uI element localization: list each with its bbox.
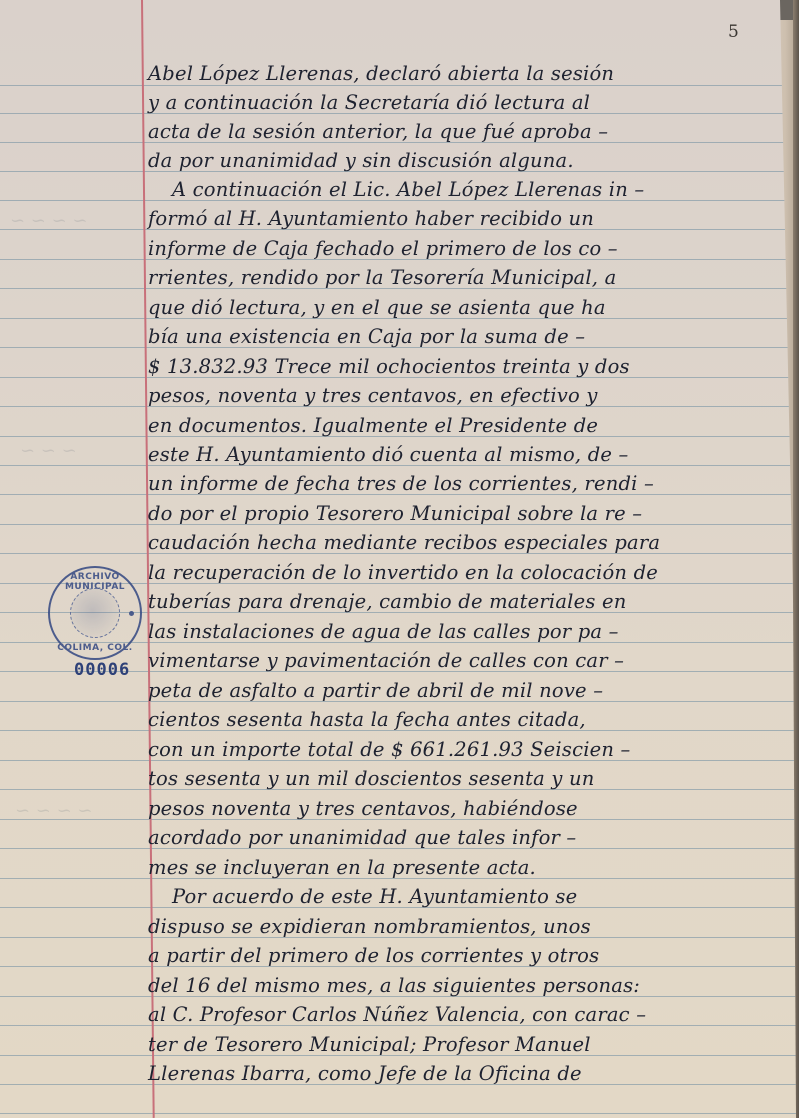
bleed-through-text: ~ ~ ~ ~ — [15, 800, 93, 821]
text-line: informe de Caja fechado el primero de lo… — [148, 239, 618, 259]
text-line: mes se incluyeran en la presente acta. — [148, 858, 536, 878]
amount-line: con un importe total de $ 661.261.93 Sei… — [148, 740, 630, 760]
text-line: al C. Profesor Carlos Núñez Valencia, co… — [148, 1005, 646, 1025]
text-line: da por unanimidad y sin discusión alguna… — [148, 151, 574, 171]
text-line: peta de asfalto a partir de abril de mil… — [148, 681, 603, 701]
text-line: tuberías para drenaje, cambio de materia… — [148, 592, 626, 612]
text-line: Llerenas Ibarra, como Jefe de la Oficina… — [148, 1064, 582, 1084]
text-line: las instalaciones de agua de las calles … — [148, 622, 619, 642]
text-line: del 16 del mismo mes, a las siguientes p… — [148, 976, 640, 996]
text-line: ter de Tesorero Municipal; Profesor Manu… — [148, 1035, 591, 1055]
text-line: y a continuación la Secretaría dió lectu… — [148, 93, 590, 113]
ruled-line — [0, 1113, 797, 1114]
text-line: acta de la sesión anterior, la que fué a… — [148, 122, 608, 142]
stamp-bottom-text: COLIMA, COL. — [50, 643, 140, 653]
page-number: 5 — [728, 22, 739, 42]
text-line: caudación hecha mediante recibos especia… — [148, 533, 660, 553]
text-line: en documentos. Igualmente el Presidente … — [148, 416, 598, 436]
text-line: tos sesenta y un mil doscientos sesenta … — [148, 769, 595, 789]
paragraph-start-line: Por acuerdo de este H. Ayuntamiento se — [172, 887, 577, 907]
text-line: que dió lectura, y en el que se asienta … — [148, 298, 606, 318]
text-line: a partir del primero de los corrientes y… — [148, 946, 599, 966]
text-line: este H. Ayuntamiento dió cuenta al mismo… — [148, 445, 629, 465]
ledger-page: ~ ~ ~ ~ ~ ~ ~ ~ ~ ~ ~ 5 Abel López Llere… — [0, 0, 797, 1118]
text-line: formó al H. Ayuntamiento haber recibido … — [148, 209, 594, 229]
text-line: do por el propio Tesorero Municipal sobr… — [148, 504, 642, 524]
archive-stamp: ARCHIVO MUNICIPAL COLIMA, COL. — [48, 566, 142, 660]
text-line: pesos, noventa y tres centavos, en efect… — [148, 386, 598, 406]
text-line: bía una existencia en Caja por la suma d… — [148, 327, 585, 347]
text-line: vimentarse y pavimentación de calles con… — [148, 651, 624, 671]
amount-line: $ 13.832.93 Trece mil ochocientos treint… — [148, 357, 630, 377]
stamp-folio-number: 00006 — [74, 660, 130, 680]
text-line: la recuperación de lo invertido en la co… — [148, 563, 658, 583]
bleed-through-text: ~ ~ ~ — [20, 440, 77, 461]
text-line: rrientes, rendido por la Tesorería Munic… — [148, 268, 616, 288]
text-line: Abel López Llerenas, declaró abierta la … — [148, 64, 614, 84]
text-line: un informe de fecha tres de los corrient… — [148, 474, 654, 494]
stamp-dot-icon — [129, 611, 134, 616]
text-line: cientos sesenta hasta la fecha antes cit… — [148, 710, 586, 730]
ruled-line — [0, 85, 797, 86]
stamp-seal-icon — [70, 588, 120, 638]
text-line: acordado por unanimidad que tales infor … — [148, 828, 576, 848]
text-line: pesos noventa y tres centavos, habiéndos… — [148, 799, 578, 819]
paragraph-start-line: A continuación el Lic. Abel López Lleren… — [172, 180, 644, 200]
bleed-through-text: ~ ~ ~ ~ — [10, 210, 88, 231]
text-line: dispuso se expidieran nombramientos, uno… — [148, 917, 591, 937]
